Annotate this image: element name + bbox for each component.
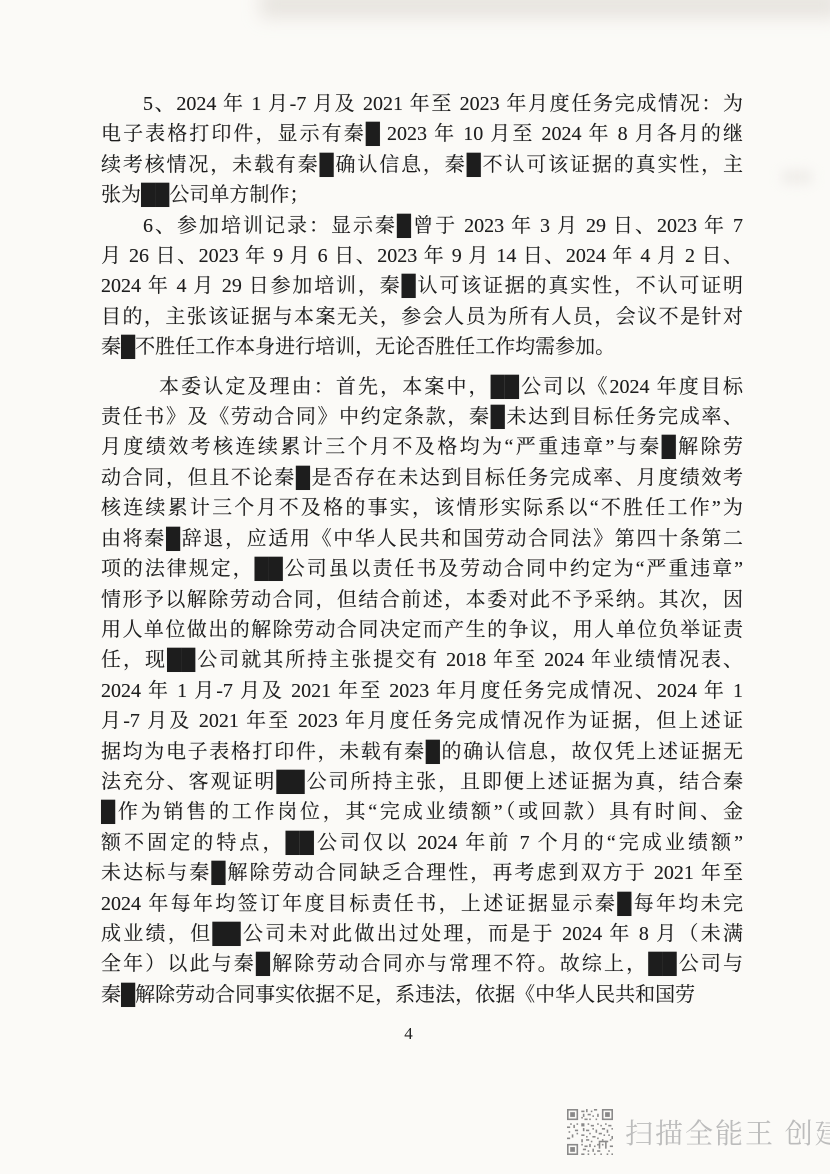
doc-line: 动合同，但且不论秦█是否存在未达到目标任务完成率、月度绩效考 (101, 463, 743, 493)
scan-artifact (782, 170, 812, 184)
doc-line: 月-7 月及 2021 年至 2023 年月度任务完成情况作为证据，但上述证 (101, 706, 743, 736)
page-number: 4 (101, 1024, 717, 1044)
doc-line: 责任书》及《劳动合同》中约定条款，秦█未达到目标任务完成率、 (101, 402, 743, 432)
paragraph-findings: 本委认定及理由：首先，本案中，██公司以《2024 年度目标 责任书》及《劳动合… (101, 372, 743, 1011)
doc-line: 秦█不胜任工作本身进行培训，无论否胜任工作均需参加。 (101, 332, 743, 362)
doc-line: 核连续累计三个月不及格的事实，该情形实际系以“不胜任工作”为 (101, 493, 743, 523)
doc-line: 张为██公司单方制作； (101, 180, 743, 210)
doc-line: 秦█解除劳动合同事实依据不足，系违法，依据《中华人民共和国劳 (101, 980, 743, 1010)
document-text: 5、2024 年 1 月-7 月及 2021 年至 2023 年月度任务完成情况… (101, 89, 743, 1010)
doc-line: 5、2024 年 1 月-7 月及 2021 年至 2023 年月度任务完成情况… (101, 89, 743, 119)
doc-line: 电子表格打印件，显示有秦█ 2023 年 10 月至 2024 年 8 月各月的… (101, 119, 743, 149)
doc-line: 2024 年 1 月-7 月及 2021 年至 2023 年月度任务完成情况、2… (101, 676, 743, 706)
doc-line: 未达标与秦█解除劳动合同缺乏合理性，再考虑到双方于 2021 年至 (101, 858, 743, 888)
doc-line: 用人单位做出的解除劳动合同决定而产生的争议，用人单位负举证责 (101, 615, 743, 645)
doc-line: 6、参加培训记录：显示秦█曾于 2023 年 3 月 29 日、2023 年 7 (101, 211, 743, 241)
doc-line: 续考核情况，未载有秦█确认信息，秦█不认可该证据的真实性，主 (101, 150, 743, 180)
doc-line: 月度绩效考核连续累计三个月不及格均为“严重违章”与秦█解除劳 (101, 432, 743, 462)
scan-artifact (260, 0, 830, 18)
doc-line: 情形予以解除劳动合同，但结合前述，本委对此不予采纳。其次，因 (101, 585, 743, 615)
camscanner-watermark: 扫描全能王 创建 (567, 1106, 830, 1158)
doc-line: 成业绩，但██公司未对此做出过处理，而是于 2024 年 8 月（未满 (101, 919, 743, 949)
doc-line: 目的，主张该证据与本案无关，参会人员为所有人员，会议不是针对 (101, 302, 743, 332)
doc-line: 任，现██公司就其所持主张提交有 2018 年至 2024 年业绩情况表、 (101, 645, 743, 675)
doc-line: 由将秦█辞退，应适用《中华人民共和国劳动合同法》第四十条第二 (101, 524, 743, 554)
scanned-document-page: 5、2024 年 1 月-7 月及 2021 年至 2023 年月度任务完成情况… (0, 0, 830, 1174)
doc-line: 2024 年每年均签订年度目标责任书，上述证据显示秦█每年均未完 (101, 889, 743, 919)
paragraph-evidence-6: 6、参加培训记录：显示秦█曾于 2023 年 3 月 29 日、2023 年 7… (101, 211, 743, 363)
doc-line: 月 26 日、2023 年 9 月 6 日、2023 年 9 月 14 日、20… (101, 241, 743, 271)
qr-code-icon (567, 1109, 613, 1155)
doc-line: 据均为电子表格打印件，未载有秦█的确认信息，故仅凭上述证据无 (101, 737, 743, 767)
doc-line: 本委认定及理由：首先，本案中，██公司以《2024 年度目标 (101, 372, 743, 402)
doc-line: 额不固定的特点，██公司仅以 2024 年前 7 个月的“完成业绩额” (101, 828, 743, 858)
paragraph-evidence-5: 5、2024 年 1 月-7 月及 2021 年至 2023 年月度任务完成情况… (101, 89, 743, 211)
doc-line: 2024 年 4 月 29 日参加培训，秦█认可该证据的真实性，不认可证明 (101, 271, 743, 301)
doc-line: █作为销售的工作岗位，其“完成业绩额”（或回款）具有时间、金 (101, 797, 743, 827)
watermark-text: 扫描全能王 创建 (625, 1112, 830, 1152)
doc-line: 全年）以此与秦█解除劳动合同亦与常理不符。故综上，██公司与 (101, 949, 743, 979)
doc-line: 项的法律规定，██公司虽以责任书及劳动合同中约定为“严重违章” (101, 554, 743, 584)
doc-line: 法充分、客观证明██公司所持主张，且即便上述证据为真，结合秦 (101, 767, 743, 797)
